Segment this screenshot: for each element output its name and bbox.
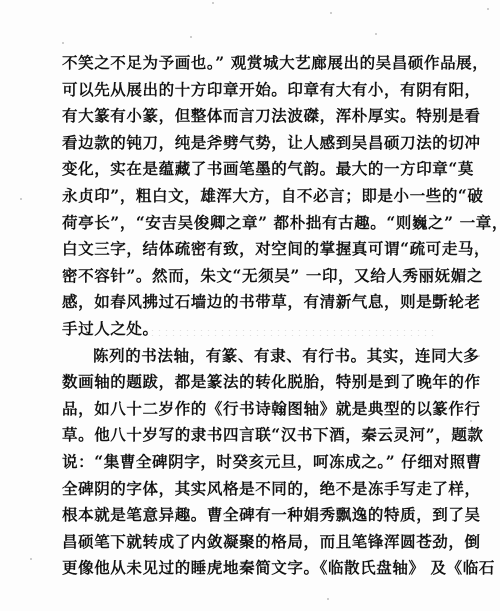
text-line: 说：“集曹全碑阴字，时癸亥元旦，呵冻成之。” 仔细对照曹 — [62, 449, 440, 476]
text-line: 白文三字，结体疏密有致，对空间的掌握真可谓“疏可走马， — [62, 236, 440, 263]
scan-speck — [330, 12, 332, 14]
text-line: 感，如春风拂过石墙边的书带草，有清新气息，则是斲轮老 — [62, 289, 440, 316]
text-line: 根本就是笔意异趣。曹全碑有一种娟秀飘逸的特质，到了吴 — [62, 502, 440, 529]
scan-speck — [375, 33, 377, 35]
text-line: 看边款的钝刀，纯是斧劈气势，让人感到吴昌硕刀法的切冲 — [62, 130, 440, 157]
scan-speck — [20, 198, 22, 200]
scan-speck — [62, 42, 64, 44]
body-text: 不笑之不足为予画也。” 观赏城大艺廊展出的吴昌硕作品展， 可以先从展出的十方印章… — [62, 50, 440, 582]
text-line: 不笑之不足为予画也。” 观赏城大艺廊展出的吴昌硕作品展， — [62, 50, 440, 77]
text-line: 手过人之处。 — [62, 316, 440, 343]
scan-speck — [190, 36, 192, 38]
text-line: 变化，实在是蕴藏了书画笔墨的气韵。最大的一方印章“莫 — [62, 156, 440, 183]
text-line: 密不容针”。然而，朱文“无须吴” 一印，又给人秀丽妩媚之 — [62, 263, 440, 290]
scan-speck — [487, 8, 489, 10]
text-line: 荷亭长”，“安吉吴俊卿之章” 都朴拙有古趣。“则巍之” 一章， — [62, 210, 440, 237]
text-line: 陈列的书法轴，有篆、有隶、有行书。其实，连同大多 — [62, 343, 440, 370]
text-line: 昌硕笔下就转成了内敛凝聚的格局，而且笔锋浑圆苍劲，倒 — [62, 529, 440, 556]
paragraph-1: 不笑之不足为予画也。” 观赏城大艺廊展出的吴昌硕作品展， 可以先从展出的十方印章… — [62, 50, 440, 343]
text-line: 数画轴的题跋，都是篆法的转化脱胎，特别是到了晚年的作 — [62, 369, 440, 396]
scan-speck — [212, 2, 214, 4]
text-line: 有大篆有小篆，但整体而言刀法波磔，浑朴厚实。特别是看 — [62, 103, 440, 130]
scan-speck — [470, 420, 472, 422]
paragraph-2: 陈列的书法轴，有篆、有隶、有行书。其实，连同大多 数画轴的题跋，都是篆法的转化脱… — [62, 343, 440, 582]
text-line: 可以先从展出的十方印章开始。印章有大有小，有阴有阳， — [62, 77, 440, 104]
scanned-page: 不笑之不足为予画也。” 观赏城大艺廊展出的吴昌硕作品展， 可以先从展出的十方印章… — [0, 0, 500, 611]
scan-speck — [30, 558, 32, 560]
text-line: 永贞印”，粗白文，雄浑大方，自不必言；即是小一些的“破 — [62, 183, 440, 210]
text-line: 更像他从未见过的睡虎地秦简文字。《临散氏盘轴》 及《临石 — [62, 555, 440, 582]
scan-speck — [327, 598, 329, 600]
text-line: 草。他八十岁写的隶书四言联“汉书下酒，秦云灵河”，题款 — [62, 422, 440, 449]
text-line: 全碑阴的字体，其实风格是不同的，绝不是冻手写走了样， — [62, 476, 440, 503]
text-line: 品，如八十二岁作的《行书诗翰图轴》就是典型的以篆作行 — [62, 396, 440, 423]
